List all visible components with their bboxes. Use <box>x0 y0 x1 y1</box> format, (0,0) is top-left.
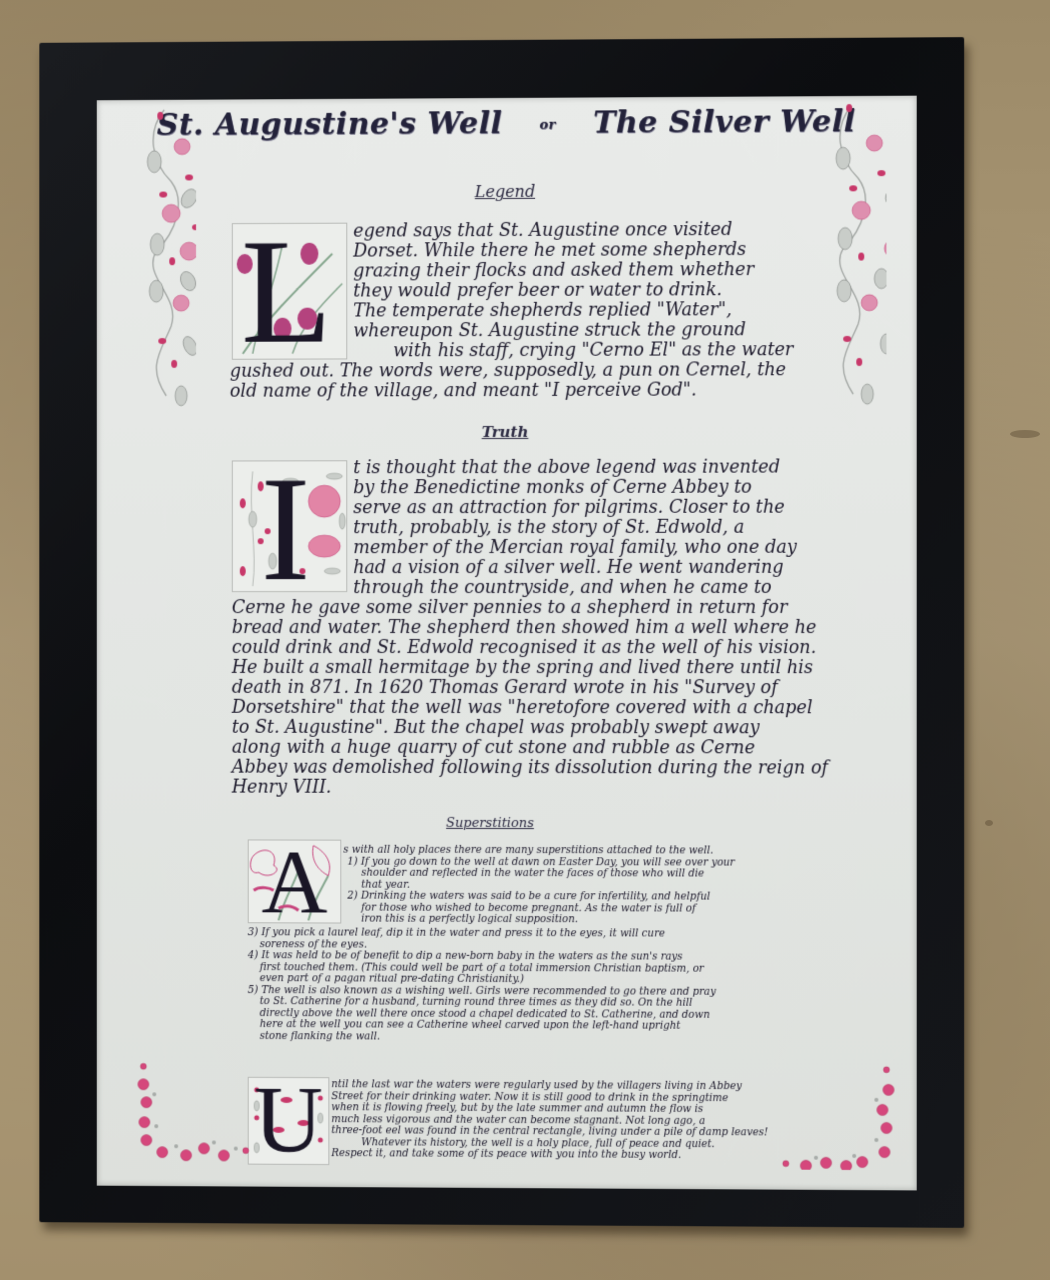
superstitions-heading: Superstitions <box>67 815 917 832</box>
text-line: to St. Augustine". But the chapel was pr… <box>232 718 828 739</box>
text-line: t is thought that the above legend was i… <box>353 457 796 478</box>
text-line: stone flanking the wall. <box>260 1030 716 1043</box>
text-line: 1) If you go down to the well at dawn on… <box>347 856 734 868</box>
closing-dropcap: U <box>248 1077 330 1165</box>
text-line: Dorsetshire" that the well was "heretofo… <box>232 698 828 718</box>
text-line: death in 871. In 1620 Thomas Gerard wrot… <box>232 678 828 698</box>
text-line: could drink and St. Edwold recognised it… <box>232 638 828 658</box>
rose-border-icon <box>129 1056 258 1166</box>
text-line: old name of the village, and meant "I pe… <box>230 380 786 401</box>
text-line: Abbey was demolished following its disso… <box>232 758 828 779</box>
text-line: through the countryside, and when he cam… <box>353 578 796 598</box>
text-line: Cerne he gave some silver pennies to a s… <box>232 598 828 618</box>
superstitions-paragraph-continued: 3) If you pick a laurel leaf, dip it in … <box>248 927 716 1044</box>
text-line: 2) Drinking the waters was said to be a … <box>347 891 734 904</box>
dropcap-letter: L <box>232 223 346 360</box>
text-line: egend says that St. Augustine once visit… <box>353 220 793 242</box>
text-line: Henry VIII. <box>232 778 828 799</box>
text-line: truth, probably, is the story of St. Edw… <box>353 518 796 539</box>
text-line: Dorset. While there he met some shepherd… <box>353 240 793 262</box>
truth-paragraph: t is thought that the above legend was i… <box>353 457 796 598</box>
picture-frame: St. Augustine's Well or The Silver Well <box>39 37 964 1228</box>
truth-paragraph-continued: Cerne he gave some silver pennies to a s… <box>232 598 828 799</box>
truth-heading: Truth <box>97 422 917 442</box>
closing-paragraph: ntil the last war the waters were regula… <box>331 1079 768 1162</box>
climbing-rose-vine-icon <box>811 98 887 409</box>
wall-stain <box>985 820 993 826</box>
climbing-rose-vine-icon <box>127 102 196 411</box>
text-line: that year. <box>361 879 735 891</box>
dropcap-letter: I <box>232 460 346 592</box>
title-or: or <box>539 117 556 132</box>
legend-paragraph-continued: gushed out. The words were, supposedly, … <box>230 360 786 401</box>
text-line: with his staff, crying "Cerno El" as the… <box>393 340 793 361</box>
wall-stain <box>1010 430 1040 438</box>
text-line: grazing their flocks and asked them whet… <box>353 260 793 282</box>
text-line: 4) It was held to be of benefit to dip a… <box>248 950 716 963</box>
text-line: along with a huge quarry of cut stone an… <box>232 738 828 759</box>
sign-title: St. Augustine's Well or The Silver Well <box>97 104 917 143</box>
superstitions-paragraph: s with all holy places there are many su… <box>343 845 734 927</box>
superstitions-dropcap: A <box>248 839 342 923</box>
legend-paragraph: egend says that St. Augustine once visit… <box>353 220 793 362</box>
dropcap-letter: A <box>249 839 341 923</box>
legend-heading: Legend <box>97 180 917 203</box>
text-line: 3) If you pick a laurel leaf, dip it in … <box>248 927 716 940</box>
text-line: bread and water. The shepherd then showe… <box>232 618 828 638</box>
text-line: iron this is a perfectly logical supposi… <box>361 914 735 927</box>
text-line: The temperate shepherds replied "Water", <box>353 300 793 321</box>
text-line: member of the Mercian royal family, who … <box>353 538 796 558</box>
dropcap-letter: U <box>249 1077 329 1165</box>
truth-dropcap: I <box>232 460 347 592</box>
rose-border-icon <box>776 1059 907 1170</box>
text-line: they would prefer beer or water to drink… <box>353 280 793 302</box>
text-line: by the Benedictine monks of Cerne Abbey … <box>353 478 796 499</box>
text-line: shoulder and reflected in the water the … <box>361 868 735 880</box>
text-line: serve as an attraction for pilgrims. Clo… <box>353 498 796 519</box>
legend-dropcap: L <box>232 223 347 360</box>
text-line: even part of a pagan ritual pre-dating C… <box>260 973 716 986</box>
text-line: Respect it, and take some of its peace w… <box>331 1148 768 1162</box>
title-left: St. Augustine's Well <box>157 106 503 143</box>
text-line: had a vision of a silver well. He went w… <box>353 558 796 578</box>
text-line: gushed out. The words were, supposedly, … <box>230 360 786 382</box>
text-line: whereupon St. Augustine struck the groun… <box>353 320 793 341</box>
text-line: s with all holy places there are many su… <box>343 845 734 857</box>
text-line: He built a small hermitage by the spring… <box>232 658 828 678</box>
sign-paper: St. Augustine's Well or The Silver Well <box>97 96 917 1191</box>
